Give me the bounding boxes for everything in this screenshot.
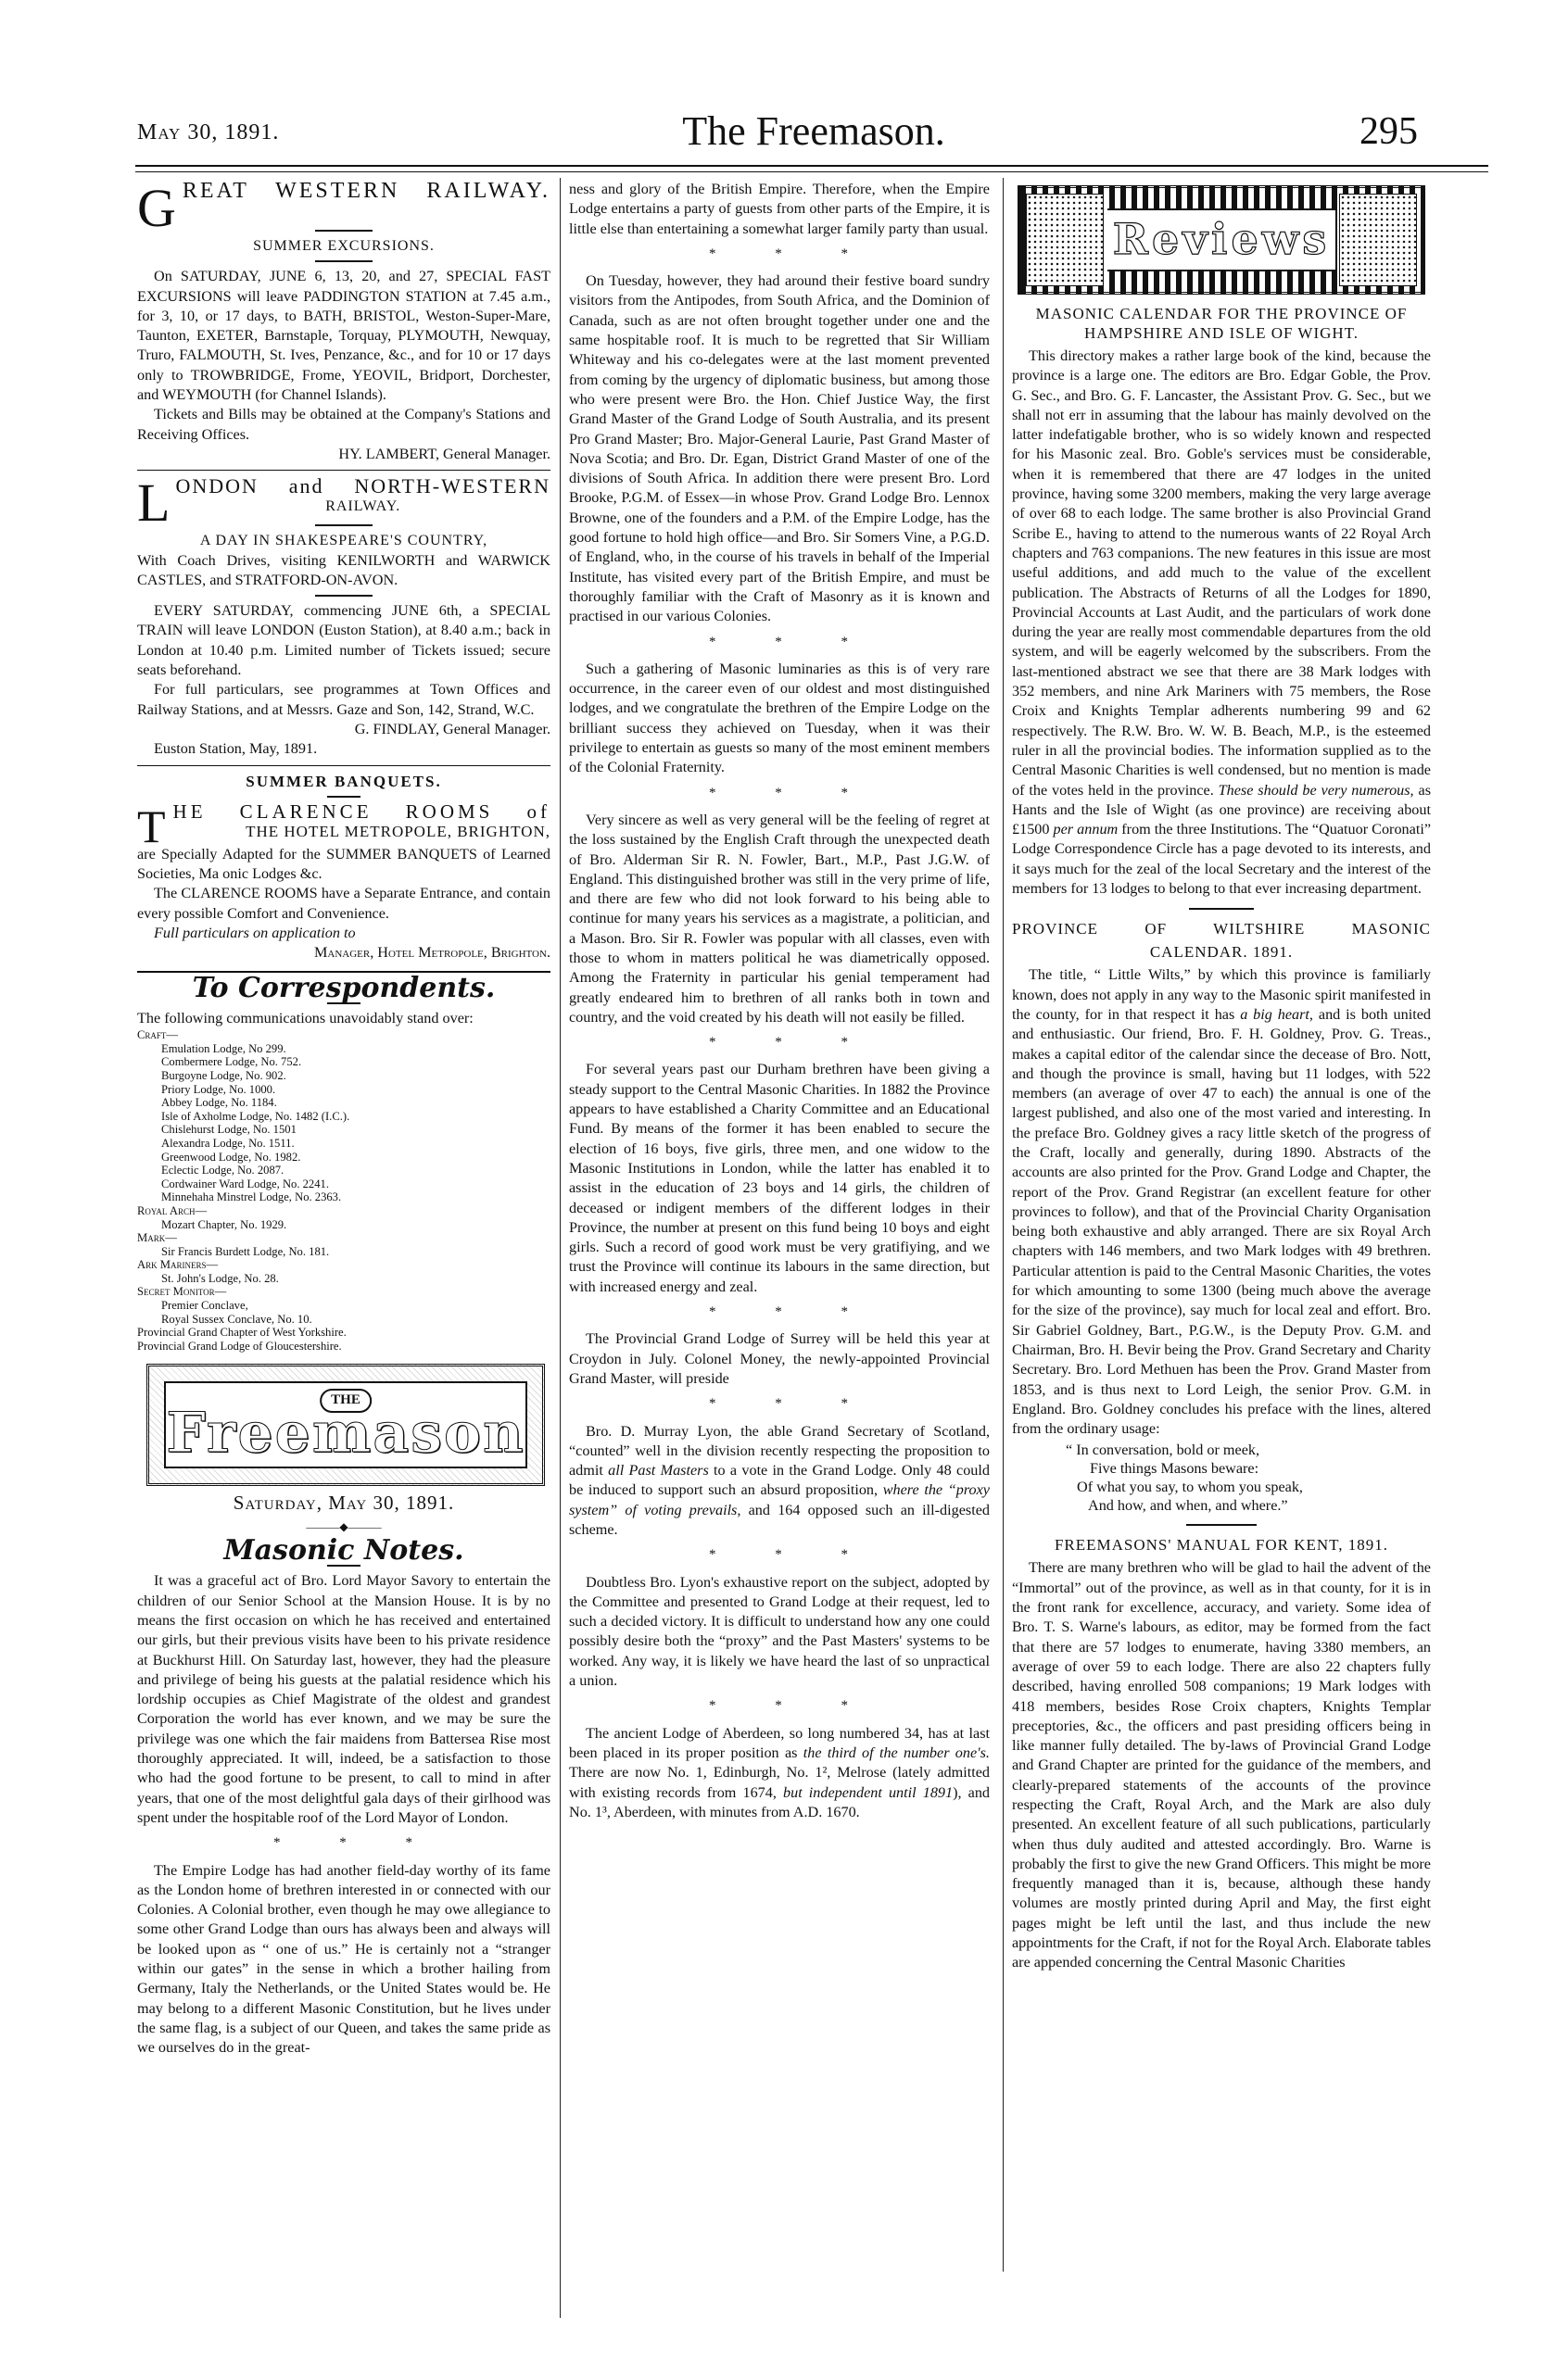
- freemason-masthead: THE Freemason: [146, 1364, 545, 1486]
- poem: “ In conversation, bold or meek, Five th…: [1012, 1441, 1431, 1515]
- list-item: Burgoyne Lodge, No. 902.: [137, 1069, 550, 1083]
- banquets-body: are Specially Adapted for the SUMMER BAN…: [137, 845, 550, 885]
- review-title: FREEMASONS' MANUAL FOR KENT, 1891.: [1012, 1535, 1431, 1555]
- stars-separator: * * *: [595, 1394, 990, 1414]
- gwr-title: GREAT WESTERN RAILWAY.: [137, 182, 550, 201]
- correspondents-intro: The following communications unavoidably…: [137, 1009, 550, 1028]
- middle-column: ness and glory of the British Empire. Th…: [569, 180, 990, 1822]
- stars-separator: * * *: [163, 1833, 550, 1853]
- banquets-application: Full particulars on application to: [137, 924, 550, 943]
- list-item: Alexandra Lodge, No. 1511.: [137, 1137, 550, 1151]
- italic-run: but independent until 1891: [783, 1784, 953, 1801]
- correspondents-list: Craft— Emulation Lodge, No 299. Comberme…: [137, 1028, 550, 1353]
- text-run: This directory makes a rather large book…: [1012, 347, 1431, 799]
- list-item: Cordwainer Ward Lodge, No. 2241.: [137, 1177, 550, 1191]
- lnwr-title: LONDON and NORTH-WESTERN: [137, 476, 550, 496]
- review-body: This directory makes a rather large book…: [1012, 346, 1431, 899]
- list-item: Abbey Lodge, No. 1184.: [137, 1096, 550, 1110]
- note-paragraph: It was a graceful act of Bro. Lord Mayor…: [137, 1571, 550, 1828]
- note-paragraph: Bro. D. Murray Lyon, the able Grand Secr…: [569, 1422, 990, 1541]
- review-kent: FREEMASONS' MANUAL FOR KENT, 1891. There…: [1012, 1535, 1431, 1972]
- stars-separator: * * *: [595, 633, 990, 652]
- page-header: May 30, 1891. The Freemason. 295: [137, 109, 1490, 165]
- right-column: Reviews MASONIC CALENDAR FOR THE PROVINC…: [1012, 182, 1431, 1973]
- stars-separator: * * *: [595, 784, 990, 803]
- lnwr-title-text: ONDON and NORTH-WESTERN: [175, 474, 550, 497]
- review-hampshire: MASONIC CALENDAR FOR THE PROVINCE OF HAM…: [1012, 304, 1431, 899]
- lnwr-tagline: A DAY IN SHAKESPEARE'S COUNTRY,: [137, 531, 550, 550]
- list-item: Minnehaha Minstrel Lodge, No. 2363.: [137, 1190, 550, 1204]
- review-wiltshire: PROVINCE OF WILTSHIRE MASONIC CALENDAR. …: [1012, 919, 1431, 1515]
- list-item: Combermere Lodge, No. 752.: [137, 1055, 550, 1069]
- list-item: Mozart Chapter, No. 1929.: [137, 1218, 550, 1232]
- gwr-title-text: REAT WESTERN RAILWAY.: [183, 179, 550, 203]
- note-paragraph: The ancient Lodge of Aberdeen, so long n…: [569, 1724, 990, 1822]
- list-category: Ark Mariners—: [137, 1258, 550, 1272]
- ornament-rule: [327, 796, 360, 798]
- correspondents-heading: To Correspondents.: [137, 978, 550, 998]
- list-category: Mark—: [137, 1231, 550, 1245]
- italic-run: the third of the number one's.: [803, 1744, 990, 1761]
- review-title: PROVINCE OF WILTSHIRE MASONIC: [1012, 919, 1431, 938]
- crest-ornament-icon: [1026, 194, 1104, 286]
- clarence-title2: THE HOTEL METROPOLE, BRIGHTON,: [137, 822, 550, 841]
- list-item: Isle of Axholme Lodge, No. 1482 (I.C.).: [137, 1110, 550, 1124]
- italic-run: all Past Masters: [608, 1462, 709, 1479]
- drop-cap: T: [137, 808, 170, 845]
- masthead-word: Freemason: [166, 1424, 525, 1443]
- gwr-tickets: Tickets and Bills may be obtained at the…: [137, 405, 550, 445]
- tools-ornament-icon: [1339, 194, 1417, 286]
- lnwr-particulars: For full particulars, see programmes at …: [137, 680, 550, 720]
- gwr-signature: HY. LAMBERT, General Manager.: [137, 445, 550, 464]
- section-divider: [137, 765, 550, 766]
- banquets-heading: SUMMER BANQUETS.: [137, 772, 550, 791]
- note-paragraph: Such a gathering of Masonic luminaries a…: [569, 660, 990, 778]
- note-paragraph: On Tuesday, however, they had around the…: [569, 271, 990, 626]
- lnwr-signature: G. FINDLAY, General Manager.: [137, 720, 550, 739]
- list-item: Provincial Grand Chapter of West Yorkshi…: [137, 1326, 550, 1340]
- note-paragraph: Very sincere as well as very general wil…: [569, 811, 990, 1027]
- text-run: and is both united and enthusiastic. Our…: [1012, 1006, 1431, 1437]
- review-body: The title, “ Little Wilts,” by which thi…: [1012, 965, 1431, 1439]
- header-rule: [135, 165, 1488, 167]
- lnwr-tagline-body: With Coach Drives, visiting KENILWORTH a…: [137, 551, 550, 591]
- note-paragraph: The Provincial Grand Lodge of Surrey wil…: [569, 1329, 990, 1389]
- masthead-panel: THE Freemason: [164, 1381, 527, 1468]
- correspondents-section: To Correspondents. The following communi…: [137, 978, 550, 1354]
- poem-line: And how, and when, and where.”: [1012, 1496, 1431, 1515]
- page-number: 295: [1359, 109, 1418, 154]
- lnwr-title2: RAILWAY.: [137, 497, 550, 516]
- masthead-date: Saturday, May 30, 1891.: [137, 1493, 550, 1513]
- list-item: Chislehurst Lodge, No. 1501: [137, 1123, 550, 1137]
- stars-separator: * * *: [595, 1545, 990, 1565]
- list-item: Eclectic Lodge, No. 2087.: [137, 1164, 550, 1177]
- lnwr-dateline: Euston Station, May, 1891.: [137, 739, 550, 759]
- ornament-rule: [315, 524, 373, 526]
- list-item: Provincial Grand Lodge of Gloucestershir…: [137, 1340, 550, 1354]
- list-category: Royal Arch—: [137, 1204, 550, 1218]
- list-item: St. John's Lodge, No. 28.: [137, 1272, 550, 1286]
- gwr-advertisement: GREAT WESTERN RAILWAY. SUMMER EXCURSIONS…: [137, 182, 550, 464]
- italic-run: These should be very numerous,: [1219, 782, 1414, 799]
- ornament-rule: [315, 595, 373, 597]
- gwr-body: On SATURDAY, JUNE 6, 13, 20, and 27, SPE…: [137, 267, 550, 405]
- drop-cap: G: [137, 187, 179, 230]
- list-category: Craft—: [137, 1028, 550, 1042]
- poem-line: Five things Masons beware:: [1012, 1459, 1431, 1478]
- list-item: Premier Conclave,: [137, 1299, 550, 1313]
- review-title: MASONIC CALENDAR FOR THE PROVINCE OF HAM…: [1012, 304, 1431, 343]
- list-item: Greenwood Lodge, No. 1982.: [137, 1151, 550, 1165]
- newspaper-title: The Freemason.: [137, 107, 1490, 155]
- masonic-notes-heading: Masonic Notes.: [137, 1541, 550, 1560]
- lnwr-body: EVERY SATURDAY, commencing JUNE 6th, a S…: [137, 601, 550, 680]
- clarence-title: THE CLARENCE ROOMS of: [137, 802, 550, 822]
- drop-cap: L: [137, 482, 171, 524]
- list-category: Secret Monitor—: [137, 1285, 550, 1299]
- ornament-rule: [1189, 908, 1254, 910]
- poem-line: Of what you say, to whom you speak,: [1012, 1478, 1431, 1496]
- banquets-advertisement: SUMMER BANQUETS. THE CLARENCE ROOMS of T…: [137, 772, 550, 963]
- left-column: GREAT WESTERN RAILWAY. SUMMER EXCURSIONS…: [137, 178, 550, 2058]
- ornament-rule: [1186, 1524, 1257, 1526]
- reviews-title: Reviews: [1107, 208, 1335, 271]
- italic-run: per annum: [1054, 821, 1119, 837]
- stars-separator: * * *: [595, 1696, 990, 1716]
- masthead-the: THE: [320, 1389, 372, 1412]
- section-divider: [137, 470, 550, 471]
- reviews-banner: Reviews: [1018, 185, 1425, 295]
- ornament-rule: [315, 260, 373, 262]
- banquets-body2: The CLARENCE ROOMS have a Separate Entra…: [137, 884, 550, 924]
- note-paragraph: ness and glory of the British Empire. Th…: [569, 180, 990, 239]
- ornament-rule: [315, 230, 373, 232]
- list-item: Royal Sussex Conclave, No. 10.: [137, 1313, 550, 1327]
- stars-separator: * * *: [595, 1033, 990, 1052]
- list-item: Emulation Lodge, No 299.: [137, 1042, 550, 1056]
- lnwr-advertisement: LONDON and NORTH-WESTERN RAILWAY. A DAY …: [137, 476, 550, 759]
- note-paragraph: The Empire Lodge has had another field-d…: [137, 1861, 550, 2059]
- note-paragraph: Doubtless Bro. Lyon's exhaustive report …: [569, 1573, 990, 1692]
- list-item: Sir Francis Burdett Lodge, No. 181.: [137, 1245, 550, 1259]
- column-divider: [1003, 178, 1004, 2272]
- list-item: Priory Lodge, No. 1000.: [137, 1083, 550, 1097]
- italic-run: a big heart,: [1240, 1006, 1313, 1023]
- stars-separator: * * *: [595, 245, 990, 264]
- stars-separator: * * *: [595, 1303, 990, 1322]
- column-divider: [560, 178, 561, 2318]
- masonic-notes-section: Masonic Notes. It was a graceful act of …: [137, 1541, 550, 2058]
- clarence-title-text: HE CLARENCE ROOMS of: [173, 800, 550, 823]
- poem-line: “ In conversation, bold or meek,: [1012, 1441, 1431, 1459]
- header-rule-thin: [135, 171, 1488, 172]
- banquets-contact: Manager, Hotel Metropole, Brighton.: [137, 943, 550, 963]
- gwr-subtitle: SUMMER EXCURSIONS.: [137, 236, 550, 256]
- review-title-line2: CALENDAR. 1891.: [1012, 942, 1431, 962]
- note-paragraph: For several years past our Durham brethr…: [569, 1060, 990, 1297]
- review-body: There are many brethren who will be glad…: [1012, 1558, 1431, 1972]
